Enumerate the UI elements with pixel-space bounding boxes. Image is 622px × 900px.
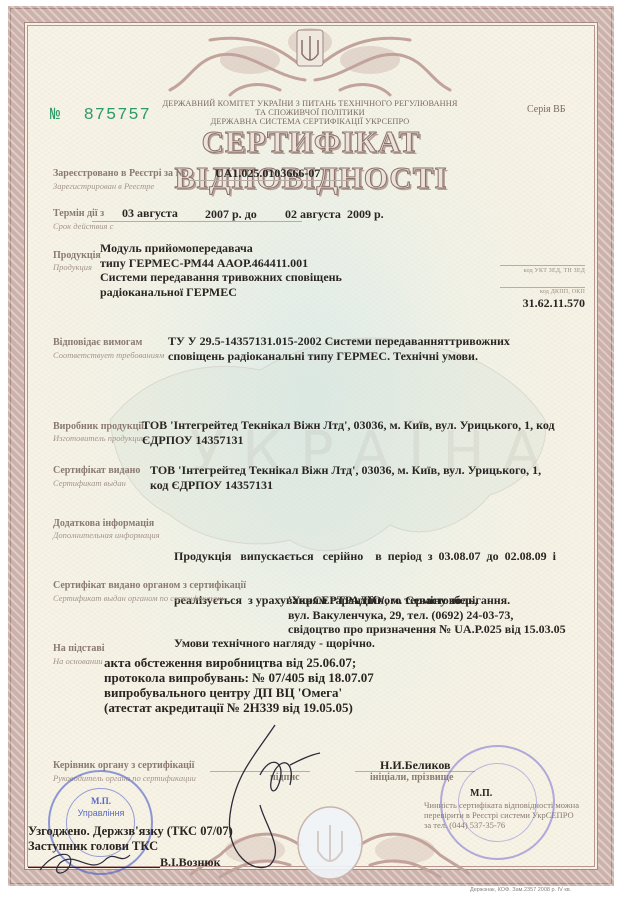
manufacturer-line: ЄДРПОУ 14357131 [142, 433, 555, 448]
basis-line: акта обстеження виробництва від 25.06.07… [104, 655, 374, 670]
product-line: типу ГЕРМЕС-РМ44 ААОР.464411.001 [100, 256, 342, 271]
year-suffix: р. [374, 207, 384, 221]
requirements-label: Відповідає вимогам [53, 337, 142, 349]
validity-label-ru: Срок действия с [53, 221, 113, 232]
additional-line: Умови технічного нагляду - щорічно. [174, 636, 556, 651]
registry-number: UA1.025.0103666-07 [215, 166, 320, 181]
registry-label-ru: Зарегистрирован в Реестре [53, 181, 154, 192]
dkpp-code-label: код ДКПП, ОКП [490, 289, 585, 295]
authority-line-2: ТА СПОЖИВЧОЇ ПОЛІТИКИ [130, 108, 490, 117]
registry-label: Зареєстровано в Реєстрі за № [53, 168, 186, 180]
to-word: до [245, 207, 257, 221]
head-label: Керівник органу з сертифікації [53, 760, 194, 772]
valid-from-day: 03 августа [122, 206, 178, 221]
cert-body-line: вул. Вакуленчука, 29, тел. (0692) 24-03-… [288, 608, 566, 623]
head-signature [215, 715, 325, 885]
issued-to-line: код ЄДРПОУ 14357131 [150, 478, 541, 493]
top-ornament [150, 20, 470, 100]
additional-line: Продукція випускається серійно в період … [174, 549, 556, 564]
validity-label: Термін дії з [53, 208, 104, 220]
basis-text: акта обстеження виробництва від 25.06.07… [104, 655, 374, 715]
series-label: Серія ВБ [527, 104, 566, 115]
manufacturer-label: Виробник продукції [53, 421, 144, 433]
valid-to-year: 2009 р. [347, 207, 384, 222]
cert-body-label: Сертифікат видано органом з сертифікації [53, 580, 246, 592]
approval-stamp-text: Управління [66, 808, 136, 818]
basis-label-ru: На основании [53, 656, 103, 667]
basis-label: На підставі [53, 643, 105, 655]
cert-body-text: 'УкрСЕРТРАДІО', м. Севастополь, вул. Вак… [288, 593, 566, 637]
product-line: радіоканальної ГЕРМЕС [100, 285, 342, 300]
issued-to-label: Сертифікат видано [53, 465, 140, 477]
number-sign: № [50, 106, 61, 125]
manufacturer-line: ТОВ 'Інтегрейтед Текнікал Віжн Лтд', 030… [142, 418, 555, 433]
requirements-text: ТУ У 29.5-14357131.015-2002 Системи пере… [168, 334, 510, 363]
basis-line: протокола випробувань: № 07/405 від 18.0… [104, 670, 374, 685]
uktzed-code-label: код УКТ ЗЕД, ТН ЗЕД [490, 268, 585, 274]
additional-info-label-ru: Дополнительная информация [53, 530, 160, 541]
product-label: Продукція [53, 250, 101, 262]
manufacturer-text: ТОВ 'Інтегрейтед Текнікал Віжн Лтд', 030… [142, 418, 555, 447]
product-line: Модуль прийомопередавача [100, 241, 342, 256]
cert-body-line: 'УкрСЕРТРАДІО', м. Севастополь, [288, 593, 566, 608]
name-caption: ініціали, прізвище [370, 772, 453, 784]
year-suffix: р. [232, 207, 242, 221]
from-year: 2007 [205, 207, 229, 221]
cert-body-label-ru: Сертификат выдан органом по сертификации [53, 593, 223, 604]
issuing-authority: ДЕРЖАВНИЙ КОМІТЕТ УКРАЇНИ З ПИТАНЬ ТЕХНІ… [130, 99, 490, 126]
requirements-line: сповіщень радіоканальні типу ГЕРМЕС. Тех… [168, 349, 510, 364]
stamp-inner-ring [458, 763, 537, 842]
issued-to-text: ТОВ 'Інтегрейтед Текнікал Віжн Лтд', 030… [150, 463, 541, 492]
basis-line: випробувального центру ДП ВЦ 'Омега' [104, 685, 374, 700]
product-line: Системи передавання тривожних сповіщень [100, 270, 342, 285]
issued-to-label-ru: Сертификат выдан [53, 478, 126, 489]
authority-line-1: ДЕРЖАВНИЙ КОМІТЕТ УКРАЇНИ З ПИТАНЬ ТЕХНІ… [130, 99, 490, 108]
product-label-ru: Продукция [53, 262, 92, 273]
product-description: Модуль прийомопередавача типу ГЕРМЕС-РМ4… [100, 241, 342, 299]
to-year: 2009 [347, 207, 371, 221]
requirements-label-ru: Соответствует требованиям [53, 350, 164, 361]
requirements-line: ТУ У 29.5-14357131.015-2002 Системи пере… [168, 334, 510, 349]
additional-info-label: Додаткова інформація [53, 518, 154, 530]
cert-body-line: свідоцтво про призначення № UA.P.025 від… [288, 622, 566, 637]
basis-line: (атестат акредитації № 2Н339 від 19.05.0… [104, 700, 374, 715]
manufacturer-label-ru: Изготовитель продукции [53, 433, 145, 444]
approver-signature [35, 845, 145, 880]
printer-imprint: Держзнак, КОФ. Зам.2357 2008 р. IV кв. [470, 887, 571, 893]
approval-line-1: Узгоджено. Держзв'язку (ТКС 07/07) [28, 824, 233, 839]
certificate-title: СЕРТИФІКАТ ВІДПОВІДНОСТІ [88, 124, 534, 196]
valid-from-year: 2007 р. до [205, 207, 257, 222]
approver-name: В.І.Вознюк [160, 855, 221, 870]
valid-to-day: 02 августа [285, 207, 341, 222]
issued-to-line: ТОВ 'Інтегрейтед Текнікал Віжн Лтд', 030… [150, 463, 541, 478]
approval-stamp-mark: М.П. [78, 796, 124, 806]
dkpp-code-value: 31.62.11.570 [490, 296, 585, 311]
